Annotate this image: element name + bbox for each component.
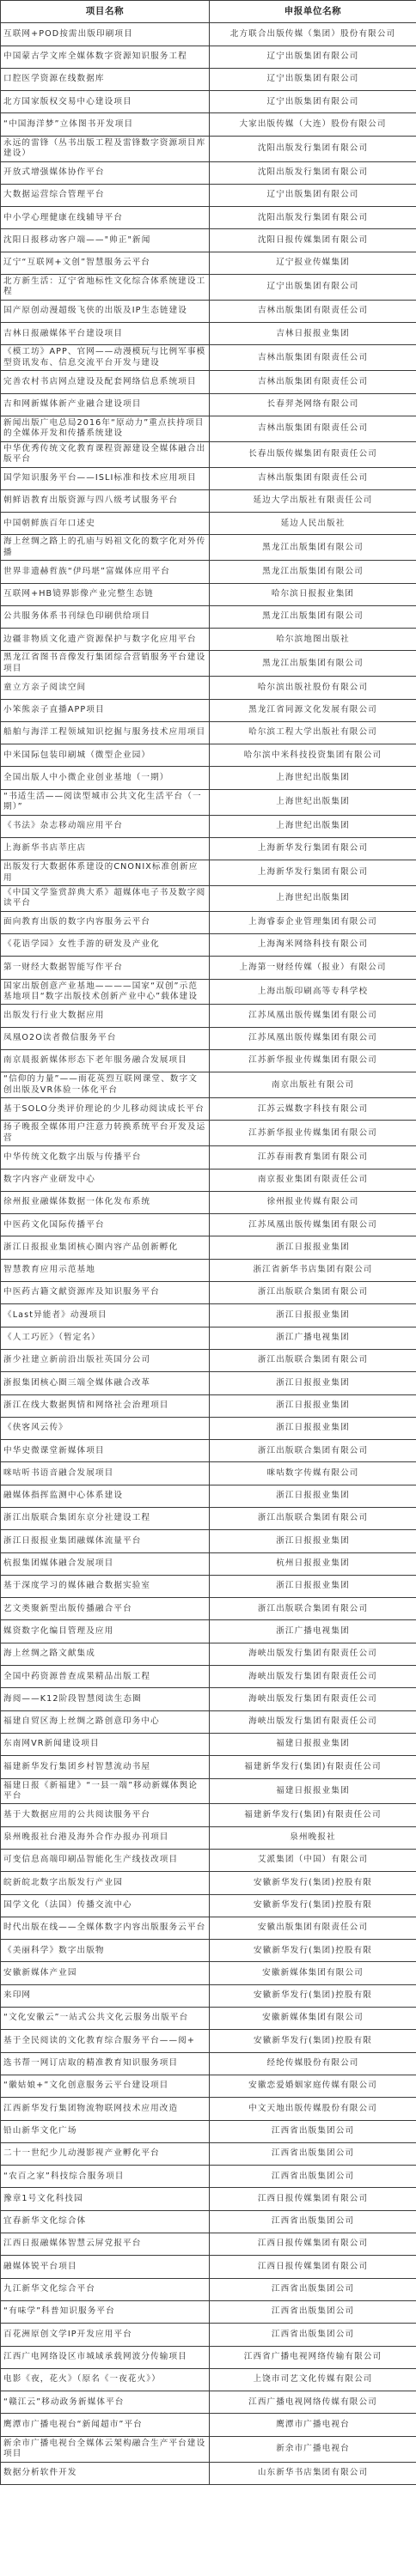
applicant-unit-cell: 江西省出版集团公司	[210, 2210, 416, 2233]
applicant-unit-cell: 辽宁出版集团有限公司	[210, 91, 416, 113]
table-row: 基于深度学习的媒体融合数据实验室 浙江日报报业集团	[1, 1575, 416, 1597]
project-name-cell: “信仰的力量”——雨花英烈互联网课堂、数字文创出版及VR体验一体化平台	[1, 1072, 210, 1098]
table-row: 扬子晚报全媒体用户注意力转换系统平台开发及运营 江苏新华报业传媒集团有限公司	[1, 1121, 416, 1146]
table-row: 海阅——K12阶段智慧阅读生态圈 海峡出版发行集团有限责任公司	[1, 1688, 416, 1710]
table-row: 福建日报《新福建》“一县一端”移动新媒体舆论平台 福建日报报业集团	[1, 1778, 416, 1804]
table-row: 海上丝绸之路上的孔庙与妈祖文化的数字化对外传播 黑龙江出版集团有限公司	[1, 535, 416, 561]
applicant-unit-cell: 浙江出版联合集团有限公司	[210, 1440, 416, 1462]
project-name-cell: 基于大数据应用的公共阅读服务平台	[1, 1804, 210, 1826]
table-row: 中华史微课堂新媒体项目 浙江出版联合集团有限公司	[1, 1440, 416, 1462]
applicant-unit-cell: 上海第一财经传媒（报业）有限公司	[210, 957, 416, 979]
applicant-unit-cell: 吉林日报报业集团	[210, 323, 416, 345]
project-name-cell: 海上丝绸之路文献集成	[1, 1643, 210, 1665]
applicant-unit-cell: 北方联合出版传媒（集团）股份有限公司	[210, 23, 416, 46]
project-name-cell: 电影《夜，花火》（原名《一夜花火》）	[1, 2368, 210, 2391]
project-name-cell: 开放式增强媒体协作平台	[1, 161, 210, 184]
applicant-unit-cell: 杭州日报报业集团	[210, 1552, 416, 1575]
header-applicant-unit: 申报单位名称	[210, 1, 416, 23]
table-row: 公共服务体系书刊绿色印刷供给项目 黑龙江出版集团有限公司	[1, 605, 416, 628]
project-name-cell: 南京晨报新媒体形态下老年服务融合发展项目	[1, 1050, 210, 1072]
table-row: 安徽新媒体产业园 安徽新媒体集团有限公司	[1, 1962, 416, 1984]
table-row: 黑龙江省图书音像发行集团综合营销服务平台建设项目 黑龙江出版集团有限公司	[1, 651, 416, 677]
applicant-unit-cell: 安徽新华发行(集团)控股有限	[210, 1894, 416, 1917]
project-name-cell: 朝鲜语教育出版资源与四八级考试服务平台	[1, 489, 210, 512]
applicant-unit-cell: 浙江省新华书店集团有限公司	[210, 1259, 416, 1281]
applicant-unit-cell: 江西日报传媒集团有限公司	[210, 2256, 416, 2278]
table-row: 中华优秀传统文化教育课程资源建设全媒体融合出版平台 长春出版传媒集团有限责任公司	[1, 441, 416, 467]
project-name-cell: 面向教育出版的数字内容服务云平台	[1, 911, 210, 933]
applicant-unit-cell: 上海淘米网络科技有限公司	[210, 934, 416, 957]
applicant-unit-cell: 长春羿尧网络有限公司	[210, 393, 416, 416]
applicant-unit-cell: 安徽新媒体集团有限公司	[210, 2008, 416, 2030]
table-row: 浙江日报报业集团融媒体流量平台 浙江日报报业集团	[1, 1530, 416, 1552]
project-name-cell: 选书帮一网订店取的精准教育知识服务项目	[1, 2052, 210, 2075]
table-row: 九江新华文化综合平台 江西省出版集团公司	[1, 2278, 416, 2300]
project-name-cell: 完善农村书店网点建设及配套网络信息系统项目	[1, 371, 210, 393]
table-row: 媒资数字化编目管理及应用 浙江广播电视集团	[1, 1620, 416, 1643]
table-row: 互联网+HB镜界影像产业完整生态链 哈尔滨日报报业集团	[1, 583, 416, 605]
project-name-cell: 边疆非物质文化遗产资源保护与数字化应用平台	[1, 629, 210, 651]
project-name-cell: 时代出版在线——全媒体数字内容出版服务云平台	[1, 1917, 210, 1939]
applicant-unit-cell: 江西省出版集团公司	[210, 2120, 416, 2142]
project-name-cell: 中米国际包装印刷城（微型企业园）	[1, 744, 210, 767]
applicant-unit-cell: 浙江日报报业集团	[210, 1304, 416, 1327]
applicant-unit-cell: 黑龙江出版集团有限公司	[210, 605, 416, 628]
project-table: 项目名称 申报单位名称 互联网+POD按需出版印刷项目 北方联合出版传媒（集团）…	[0, 0, 416, 2485]
table-row: 二十一世纪少儿动漫影视产业孵化平台 江西省出版集团公司	[1, 2142, 416, 2165]
applicant-unit-cell: 上海世纪出版集团	[210, 885, 416, 911]
project-name-cell: 新闻出版广电总局2016年“原动力”重点扶持项目的全媒体开发和传播系统建设	[1, 416, 210, 441]
project-name-cell: 鹰潭市广播电视台“新闻超市”平台	[1, 2414, 210, 2436]
project-name-cell: 铅山新华文化广场	[1, 2120, 210, 2142]
applicant-unit-cell: 浙江日报报业集团	[210, 1575, 416, 1597]
applicant-unit-cell: 浙江出版联合集团有限公司	[210, 1282, 416, 1304]
applicant-unit-cell: 江苏春雨教育集团有限公司	[210, 1146, 416, 1169]
project-name-cell: “文化安徽云”一站式公共文化云服务出版平台	[1, 2008, 210, 2030]
table-row: 《中国文学鉴赏辞典大系》超媒体电子书及数字阅读平台 上海世纪出版集团	[1, 885, 416, 911]
applicant-unit-cell: 上海世纪出版集团	[210, 767, 416, 789]
applicant-unit-cell: 江苏凤凰出版传媒集团有限公司	[210, 1027, 416, 1049]
applicant-unit-cell: 浙江广播电视集团	[210, 1620, 416, 1643]
applicant-unit-cell: 经纶传媒股份有限公司	[210, 2052, 416, 2075]
project-name-cell: 口腔医学资源在线数据库	[1, 68, 210, 90]
table-row: 智慧教育应用示范基地 浙江省新华书店集团有限公司	[1, 1259, 416, 1281]
applicant-unit-cell: 江西日报传媒集团有限公司	[210, 2233, 416, 2256]
applicant-unit-cell: 辽宁出版集团有限公司	[210, 275, 416, 301]
project-name-cell: “农百之家”科技综合服务项目	[1, 2166, 210, 2188]
applicant-unit-cell: 吉林出版集团有限责任公司	[210, 416, 416, 441]
table-row: 融媒体锐平台项目 江西日报传媒集团有限公司	[1, 2256, 416, 2278]
table-row: 浙江出版联合集团东京分社建设工程 浙江出版联合集团有限公司	[1, 1508, 416, 1530]
table-row: 中医药文化国际传播平台 江苏凤凰出版传媒集团有限公司	[1, 1214, 416, 1236]
project-name-cell: 中小学心理健康在线辅导平台	[1, 207, 210, 229]
project-name-cell: 互联网+HB镜界影像产业完整生态链	[1, 583, 210, 605]
table-row: 世界非遗赫哲族“伊玛堪”富媒体应用平台 黑龙江出版集团有限公司	[1, 561, 416, 583]
project-name-cell: 第一财经大数据智能写作平台	[1, 957, 210, 979]
table-row: 选书帮一网订店取的精准教育知识服务项目 经纶传媒股份有限公司	[1, 2052, 416, 2075]
applicant-unit-cell: 泉州晚报社	[210, 1826, 416, 1849]
project-name-cell: 浙江在线大数据舆情和网络社会治理项目	[1, 1394, 210, 1417]
project-name-cell: 宜春新华文化综合体	[1, 2210, 210, 2233]
project-name-cell: 中国蒙古学文库全媒体数字资源知识服务工程	[1, 46, 210, 68]
project-name-cell: 浙江出版联合集团东京分社建设工程	[1, 1508, 210, 1530]
table-row: 江西广电网络设区市城域承载网波分传输项目 江西省广播电视网络传输有限公司	[1, 2346, 416, 2368]
applicant-unit-cell: 安徽新华发行(集团)控股有限	[210, 1872, 416, 1894]
applicant-unit-cell: 吉林出版集团有限责任公司	[210, 467, 416, 489]
table-row: 童立方亲子阅读空间 哈尔滨出版社股份有限公司	[1, 677, 416, 699]
project-name-cell: 基于全民阅读的文化教育综合服务平台——阅+	[1, 2030, 210, 2052]
table-row: 东南网VR新闻建设项目 福建日报报业集团	[1, 1733, 416, 1755]
applicant-unit-cell: 江苏凤凰出版传媒集团有限公司	[210, 1005, 416, 1027]
header-row: 项目名称 申报单位名称	[1, 1, 416, 23]
applicant-unit-cell: 延边大学出版社有限责任公司	[210, 489, 416, 512]
table-row: 《美丽科学》数字出版物 安徽新华发行(集团)控股有限	[1, 1940, 416, 1962]
project-name-cell: 《美丽科学》数字出版物	[1, 1940, 210, 1962]
table-row: 永远的雷锋（丛书出版工程及雷锋数字资源项目库建设） 沈阳出版发行集团有限公司	[1, 136, 416, 161]
table-row: 《模工坊》APP、官网——动漫模玩与比例军事模型资讯发布、信息交流平台开发与建设…	[1, 345, 416, 371]
project-name-cell: 东南网VR新闻建设项目	[1, 1733, 210, 1755]
table-row: “徽姑娘+”文化创意服务云平台建设项目 安徽恋爱婚姻家庭传媒有限公司	[1, 2075, 416, 2097]
project-name-cell: 《Last异能者》动漫项目	[1, 1304, 210, 1327]
applicant-unit-cell: 哈尔滨工程大学出版社有限公司	[210, 721, 416, 744]
table-row: 浙江在线大数据舆情和网络社会治理项目 浙江日报报业集团	[1, 1394, 416, 1417]
table-row: 沈阳日报移动客户端——"帅正"新闻 沈阳日报传媒集团有限公司	[1, 229, 416, 252]
table-row: 小笨熊亲子直播APP项目 黑龙江省同源文化发展有限公司	[1, 699, 416, 721]
applicant-unit-cell: 上海出版印刷高等专科学校	[210, 979, 416, 1005]
project-name-cell: 北方国家版权交易中心建设项目	[1, 91, 210, 113]
table-row: 铅山新华文化广场 江西省出版集团公司	[1, 2120, 416, 2142]
project-name-cell: 出版发行大数据体系建设的CNONIX标准创新应用	[1, 860, 210, 886]
project-name-cell: 百花洲原创文学IP开发应用平台	[1, 2324, 210, 2346]
project-name-cell: 《中国文学鉴赏辞典大系》超媒体电子书及数字阅读平台	[1, 885, 210, 911]
applicant-unit-cell: 上饶市司艺文化传媒有限公司	[210, 2368, 416, 2391]
table-row: 互联网+POD按需出版印刷项目 北方联合出版传媒（集团）股份有限公司	[1, 23, 416, 46]
applicant-unit-cell: 海峡出版发行集团有限责任公司	[210, 1643, 416, 1665]
table-row: 北方新生活：辽宁省地标性文化综合体系统建设工程 辽宁出版集团有限公司	[1, 275, 416, 301]
project-name-cell: 江西日报融媒体智慧云屏党报平台	[1, 2233, 210, 2256]
document-page: 项目名称 申报单位名称 互联网+POD按需出版印刷项目 北方联合出版传媒（集团）…	[0, 0, 416, 2485]
table-row: 福建新华发行集团乡村智慧流动书屋 福建新华发行(集团)有限责任公司	[1, 1756, 416, 1778]
table-row: “书适生活——阅读型城市公共文化生活平台（一期）” 上海世纪出版集团	[1, 789, 416, 815]
applicant-unit-cell: 江苏新华报业传媒集团有限公司	[210, 1121, 416, 1146]
applicant-unit-cell: 江苏凤凰出版传媒集团有限公司	[210, 1214, 416, 1236]
table-row: 吉和网新媒体新产业融合建设项目 长春羿尧网络有限公司	[1, 393, 416, 416]
table-row: 《Last异能者》动漫项目 浙江日报报业集团	[1, 1304, 416, 1327]
table-row: 百花洲原创文学IP开发应用平台 江西省出版集团公司	[1, 2324, 416, 2346]
applicant-unit-cell: 福建日报报业集团	[210, 1733, 416, 1755]
project-name-cell: 浙少社建立新前沿出版社英国分公司	[1, 1349, 210, 1371]
table-row: 边疆非物质文化遗产资源保护与数字化应用平台 哈尔滨地图出版社	[1, 629, 416, 651]
table-row: 咪咕听书语音融合发展项目 咪咕数字传媒有限公司	[1, 1462, 416, 1485]
table-row: 皖新皖北数字出版发行产业园 安徽新华发行(集团)控股有限	[1, 1872, 416, 1894]
project-name-cell: 中华优秀传统文化教育课程资源建设全媒体融合出版平台	[1, 441, 210, 467]
applicant-unit-cell: 吉林出版集团有限责任公司	[210, 345, 416, 371]
project-name-cell: 黑龙江省图书音像发行集团综合营销服务平台建设项目	[1, 651, 210, 677]
project-name-cell: 中国朝鲜族百年口述史	[1, 513, 210, 535]
applicant-unit-cell: 上海世纪出版集团	[210, 815, 416, 837]
table-row: 南京晨报新媒体形态下老年服务融合发展项目 江苏新华报业传媒集团有限公司	[1, 1050, 416, 1072]
applicant-unit-cell: 黑龙江出版集团有限公司	[210, 651, 416, 677]
project-name-cell: 《花语学园》女性手游的研发及产业化	[1, 934, 210, 957]
project-name-cell: 福建日报《新福建》“一县一端”移动新媒体舆论平台	[1, 1778, 210, 1804]
table-row: 福建自贸区海上丝绸之路创意印务中心 海峡出版发行集团有限责任公司	[1, 1710, 416, 1733]
project-name-cell: 互联网+POD按需出版印刷项目	[1, 23, 210, 46]
table-row: 泉州晚报社台港及海外合作办报办刊项目 泉州晚报社	[1, 1826, 416, 1849]
applicant-unit-cell: 海峡出版发行集团有限责任公司	[210, 1688, 416, 1710]
applicant-unit-cell: 浙江日报报业集团	[210, 1236, 416, 1259]
table-row: 中国蒙古学文库全媒体数字资源知识服务工程 辽宁出版集团有限公司	[1, 46, 416, 68]
applicant-unit-cell: 黑龙江出版集团有限公司	[210, 535, 416, 561]
applicant-unit-cell: 江西省出版集团公司	[210, 2300, 416, 2323]
applicant-unit-cell: 辽宁报业传媒集团	[210, 252, 416, 274]
project-name-cell: 基于深度学习的媒体融合数据实验室	[1, 1575, 210, 1597]
applicant-unit-cell: 江西省出版集团公司	[210, 2324, 416, 2346]
table-row: “赣江云”移动政务新媒体平台 江西广播电视网络传媒有限公司	[1, 2391, 416, 2414]
applicant-unit-cell: 江西广播电视网络传媒有限公司	[210, 2391, 416, 2414]
project-name-cell: 福建新华发行集团乡村智慧流动书屋	[1, 1756, 210, 1778]
project-name-cell: 泉州晚报社台港及海外合作办报办刊项目	[1, 1826, 210, 1849]
applicant-unit-cell: 浙江日报报业集团	[210, 1394, 416, 1417]
project-name-cell: 融媒体指挥监测中心体系建设	[1, 1485, 210, 1507]
project-name-cell: 全国中药资源普查成果精品出版工程	[1, 1666, 210, 1688]
project-name-cell: 国学文化（法国）传播交流中心	[1, 1894, 210, 1917]
table-row: “中国海洋梦”立体图书开发项目 大家出版传媒（大连）股份有限公司	[1, 113, 416, 136]
project-name-cell: 永远的雷锋（丛书出版工程及雷锋数字资源项目库建设）	[1, 136, 210, 161]
table-row: 鹰潭市广播电视台“新闻超市”平台 鹰潭市广播电视台	[1, 2414, 416, 2436]
applicant-unit-cell: 江苏新华报业传媒集团有限公司	[210, 1050, 416, 1072]
applicant-unit-cell: 浙江日报报业集团	[210, 1485, 416, 1507]
applicant-unit-cell: 哈尔滨中米科技投资集团有限公司	[210, 744, 416, 767]
project-name-cell: 中华史微课堂新媒体项目	[1, 1440, 210, 1462]
table-row: 面向教育出版的数字内容服务云平台 上海睿泰企业管理集团有限公司	[1, 911, 416, 933]
project-name-cell: 《书法》杂志移动端应用平台	[1, 815, 210, 837]
table-row: 基于全民阅读的文化教育综合服务平台——阅+ 安徽新华发行(集团)控股有限	[1, 2030, 416, 2052]
table-row: 第一财经大数据智能写作平台 上海第一财经传媒（报业）有限公司	[1, 957, 416, 979]
table-row: 来印网 安徽新华发行(集团)控股有限	[1, 1984, 416, 2007]
table-row: 吉林日报融媒体平台建设项目 吉林日报报业集团	[1, 323, 416, 345]
project-name-cell: 出版发行行业大数据应用	[1, 1005, 210, 1027]
applicant-unit-cell: 南京报业集团有限责任公司	[210, 1169, 416, 1191]
project-name-cell: 豫章1号文化科技园	[1, 2188, 210, 2210]
table-row: 全国出版人中小微企业创业基地（一期） 上海世纪出版集团	[1, 767, 416, 789]
table-row: 艺文类聚新型出版传播融合平台 浙江出版联合集团有限公司	[1, 1598, 416, 1620]
project-name-cell: 数字内容产业研发中心	[1, 1169, 210, 1191]
project-name-cell: 《人工巧匠》（暂定名）	[1, 1327, 210, 1349]
project-name-cell: 上海新华书店莘庄店	[1, 837, 210, 860]
project-name-cell: 凤凰O2O读者微信服务平台	[1, 1027, 210, 1049]
table-row: 电影《夜，花火》（原名《一夜花火》） 上饶市司艺文化传媒有限公司	[1, 2368, 416, 2391]
table-row: 出版发行行业大数据应用 江苏凤凰出版传媒集团有限公司	[1, 1005, 416, 1027]
table-row: 中华传统文化数字出版与传播平台 江苏春雨教育集团有限公司	[1, 1146, 416, 1169]
project-name-cell: 艺文类聚新型出版传播融合平台	[1, 1598, 210, 1620]
applicant-unit-cell: 沈阳出版发行集团有限公司	[210, 136, 416, 161]
table-row: 豫章1号文化科技园 江西日报传媒集团有限公司	[1, 2188, 416, 2210]
applicant-unit-cell: 哈尔滨日报报业集团	[210, 583, 416, 605]
table-row: 出版发行大数据体系建设的CNONIX标准创新应用 上海新华发行集团有限公司	[1, 860, 416, 886]
table-row: 北方国家版权交易中心建设项目 辽宁出版集团有限公司	[1, 91, 416, 113]
project-name-cell: 国学知识服务平台——ISLI标准和技术应用项目	[1, 467, 210, 489]
project-name-cell: 媒资数字化编目管理及应用	[1, 1620, 210, 1643]
applicant-unit-cell: 鹰潭市广播电视台	[210, 2414, 416, 2436]
table-row: 《人工巧匠》（暂定名） 浙江广播电视集团	[1, 1327, 416, 1349]
table-body: 互联网+POD按需出版印刷项目 北方联合出版传媒（集团）股份有限公司 中国蒙古学…	[1, 23, 416, 2485]
project-name-cell: 智慧教育应用示范基地	[1, 1259, 210, 1281]
table-row: 基于大数据应用的公共阅读服务平台 福建新华发行(集团)有限责任公司	[1, 1804, 416, 1826]
applicant-unit-cell: 吉林出版集团有限责任公司	[210, 371, 416, 393]
table-row: 浙报集团核心圈三端全媒体融合改革 浙江日报报业集团	[1, 1372, 416, 1394]
applicant-unit-cell: 上海新华发行集团有限公司	[210, 860, 416, 886]
applicant-unit-cell: 延边人民出版社	[210, 513, 416, 535]
project-name-cell: “徽姑娘+”文化创意服务云平台建设项目	[1, 2075, 210, 2097]
project-name-cell: “有味学”科普知识服务平台	[1, 2300, 210, 2323]
applicant-unit-cell: 上海世纪出版集团	[210, 789, 416, 815]
project-name-cell: 《侠客风云传》	[1, 1417, 210, 1439]
project-name-cell: 九江新华文化综合平台	[1, 2278, 210, 2300]
table-row: 杭报集团媒体融合发展项目 杭州日报报业集团	[1, 1552, 416, 1575]
applicant-unit-cell: 福建日报报业集团	[210, 1778, 416, 1804]
project-name-cell: 公共服务体系书刊绿色印刷供给项目	[1, 605, 210, 628]
applicant-unit-cell: 浙江广播电视集团	[210, 1327, 416, 1349]
applicant-unit-cell: 安徽新华发行(集团)控股有限	[210, 2030, 416, 2052]
table-row: 凤凰O2O读者微信服务平台 江苏凤凰出版传媒集团有限公司	[1, 1027, 416, 1049]
table-row: 上海新华书店莘庄店 上海新华发行集团有限公司	[1, 837, 416, 860]
applicant-unit-cell: 沈阳日报传媒集团有限公司	[210, 229, 416, 252]
applicant-unit-cell: 江西省出版集团公司	[210, 2142, 416, 2165]
applicant-unit-cell: 浙江日报报业集团	[210, 1372, 416, 1394]
applicant-unit-cell: 辽宁出版集团有限公司	[210, 46, 416, 68]
applicant-unit-cell: 浙江出版联合集团有限公司	[210, 1508, 416, 1530]
table-row: “信仰的力量”——雨花英烈互联网课堂、数字文创出版及VR体验一体化平台 南京出版…	[1, 1072, 416, 1098]
table-header: 项目名称 申报单位名称	[1, 1, 416, 23]
table-row: 船舶与海洋工程领域知识挖掘与服务技术应用项目 哈尔滨工程大学出版社有限公司	[1, 721, 416, 744]
project-name-cell: 可变信息高端印刷品智能化生产线技改项目	[1, 1849, 210, 1871]
table-row: 辽宁“互联网+文创”智慧服务云平台 辽宁报业传媒集团	[1, 252, 416, 274]
applicant-unit-cell: 黑龙江省同源文化发展有限公司	[210, 699, 416, 721]
table-row: 国家出版创意产业基地————国家“双创”示范基地项目“数字出版技术创新产业中心”…	[1, 979, 416, 1005]
project-name-cell: 杭报集团媒体融合发展项目	[1, 1552, 210, 1575]
applicant-unit-cell: 黑龙江出版集团有限公司	[210, 561, 416, 583]
table-row: 数字内容产业研发中心 南京报业集团有限责任公司	[1, 1169, 416, 1191]
table-row: 融媒体指挥监测中心体系建设 浙江日报报业集团	[1, 1485, 416, 1507]
project-name-cell: 辽宁“互联网+文创”智慧服务云平台	[1, 252, 210, 274]
project-name-cell: 沈阳日报移动客户端——"帅正"新闻	[1, 229, 210, 252]
applicant-unit-cell: 江西省出版集团公司	[210, 2278, 416, 2300]
applicant-unit-cell: 安徽新华发行(集团)控股有限	[210, 1984, 416, 2007]
applicant-unit-cell: 沈阳出版发行集团有限公司	[210, 161, 416, 184]
project-name-cell: 浙江日报报业集团融媒体流量平台	[1, 1530, 210, 1552]
project-name-cell: “中国海洋梦”立体图书开发项目	[1, 113, 210, 136]
table-row: 新闻出版广电总局2016年“原动力”重点扶持项目的全媒体开发和传播系统建设 吉林…	[1, 416, 416, 441]
project-name-cell: 童立方亲子阅读空间	[1, 677, 210, 699]
header-project-name: 项目名称	[1, 1, 210, 23]
applicant-unit-cell: 江苏云媒数字科技有限公司	[210, 1098, 416, 1121]
applicant-unit-cell: 江西日报传媒集团有限公司	[210, 2188, 416, 2210]
applicant-unit-cell: 咪咕数字传媒有限公司	[210, 1462, 416, 1485]
applicant-unit-cell: 海峡出版发行集团有限责任公司	[210, 1666, 416, 1688]
applicant-unit-cell: 浙江出版联合集团有限公司	[210, 1349, 416, 1371]
applicant-unit-cell: 沈阳出版发行集团有限公司	[210, 207, 416, 229]
table-row: 浙江日报报业集团核心圈内容产品创新孵化 浙江日报报业集团	[1, 1236, 416, 1259]
table-row: 《花语学园》女性手游的研发及产业化 上海淘米网络科技有限公司	[1, 934, 416, 957]
table-row: 中米国际包装印刷城（微型企业园） 哈尔滨中米科技投资集团有限公司	[1, 744, 416, 767]
applicant-unit-cell: 艾派集团（中国）有限公司	[210, 1849, 416, 1871]
applicant-unit-cell: 山东新华书店集团有限公司	[210, 2462, 416, 2484]
project-name-cell: 北方新生活：辽宁省地标性文化综合体系统建设工程	[1, 275, 210, 301]
table-row: “有味学”科普知识服务平台 江西省出版集团公司	[1, 2300, 416, 2323]
project-name-cell: 《模工坊》APP、官网——动漫模玩与比例军事模型资讯发布、信息交流平台开发与建设	[1, 345, 210, 371]
applicant-unit-cell: 福建新华发行(集团)有限责任公司	[210, 1756, 416, 1778]
project-name-cell: 来印网	[1, 1984, 210, 2007]
table-row: “农百之家”科技综合服务项目 江西省出版集团公司	[1, 2166, 416, 2188]
table-row: “文化安徽云”一站式公共文化云服务出版平台 安徽新媒体集团有限公司	[1, 2008, 416, 2030]
table-row: 浙少社建立新前沿出版社英国分公司 浙江出版联合集团有限公司	[1, 1349, 416, 1371]
applicant-unit-cell: 上海睿泰企业管理集团有限公司	[210, 911, 416, 933]
applicant-unit-cell: 浙江日报报业集团	[210, 1530, 416, 1552]
project-name-cell: 吉林日报融媒体平台建设项目	[1, 323, 210, 345]
applicant-unit-cell: 新余市广播电视台	[210, 2436, 416, 2462]
project-name-cell: “书适生活——阅读型城市公共文化生活平台（一期）”	[1, 789, 210, 815]
project-name-cell: 新余市广播电视台全媒体云架构融合生产平台建设项目	[1, 2436, 210, 2462]
table-row: 新余市广播电视台全媒体云架构融合生产平台建设项目 新余市广播电视台	[1, 2436, 416, 2462]
project-name-cell: 国家出版创意产业基地————国家“双创”示范基地项目“数字出版技术创新产业中心”…	[1, 979, 210, 1005]
project-name-cell: 小笨熊亲子直播APP项目	[1, 699, 210, 721]
applicant-unit-cell: 安徽出版集团有限责任公司	[210, 1917, 416, 1939]
table-row: 全国中药资源普查成果精品出版工程 海峡出版发行集团有限责任公司	[1, 1666, 416, 1688]
applicant-unit-cell: 江西省广播电视网络传输有限公司	[210, 2346, 416, 2368]
applicant-unit-cell: 长春出版传媒集团有限责任公司	[210, 441, 416, 467]
table-row: 时代出版在线——全媒体数字内容出版服务云平台 安徽出版集团有限责任公司	[1, 1917, 416, 1939]
table-row: 开放式增强媒体协作平台 沈阳出版发行集团有限公司	[1, 161, 416, 184]
table-row: 可变信息高端印刷品智能化生产线技改项目 艾派集团（中国）有限公司	[1, 1849, 416, 1871]
applicant-unit-cell: 上海新华发行集团有限公司	[210, 837, 416, 860]
table-row: 大数据运营综合管理平台 辽宁出版集团有限公司	[1, 184, 416, 206]
applicant-unit-cell: 哈尔滨地图出版社	[210, 629, 416, 651]
applicant-unit-cell: 江西省出版集团公司	[210, 2166, 416, 2188]
applicant-unit-cell: 福建新华发行(集团)有限责任公司	[210, 1804, 416, 1826]
applicant-unit-cell: 徐州报业传媒有限公司	[210, 1191, 416, 1213]
project-name-cell: 吉和网新媒体新产业融合建设项目	[1, 393, 210, 416]
project-name-cell: 基于SOLO分类评价理论的少儿移动阅读成长平台	[1, 1098, 210, 1121]
applicant-unit-cell: 大家出版传媒（大连）股份有限公司	[210, 113, 416, 136]
table-row: 完善农村书店网点建设及配套网络信息系统项目 吉林出版集团有限责任公司	[1, 371, 416, 393]
applicant-unit-cell: 海峡出版发行集团有限责任公司	[210, 1710, 416, 1733]
table-row: 海上丝绸之路文献集成 海峡出版发行集团有限责任公司	[1, 1643, 416, 1665]
project-name-cell: 福建自贸区海上丝绸之路创意印务中心	[1, 1710, 210, 1733]
project-name-cell: “赣江云”移动政务新媒体平台	[1, 2391, 210, 2414]
project-name-cell: 数据分析软件开发	[1, 2462, 210, 2484]
project-name-cell: 海上丝绸之路上的孔庙与妈祖文化的数字化对外传播	[1, 535, 210, 561]
applicant-unit-cell: 浙江日报报业集团	[210, 1417, 416, 1439]
table-row: 朝鲜语教育出版资源与四八级考试服务平台 延边大学出版社有限责任公司	[1, 489, 416, 512]
applicant-unit-cell: 哈尔滨出版社股份有限公司	[210, 677, 416, 699]
table-row: 中医药古籍文献资源库及知识服务平台 浙江出版联合集团有限公司	[1, 1282, 416, 1304]
table-row: 徐州报业融媒体数据一体化发布系统 徐州报业传媒有限公司	[1, 1191, 416, 1213]
applicant-unit-cell: 中文天地出版传媒股份有限公司	[210, 2098, 416, 2120]
applicant-unit-cell: 安徽新华发行(集团)控股有限	[210, 1940, 416, 1962]
project-name-cell: 融媒体锐平台项目	[1, 2256, 210, 2278]
table-row: 宜春新华文化综合体 江西省出版集团公司	[1, 2210, 416, 2233]
table-row: 《书法》杂志移动端应用平台 上海世纪出版集团	[1, 815, 416, 837]
table-row: 《侠客风云传》 浙江日报报业集团	[1, 1417, 416, 1439]
table-row: 国学知识服务平台——ISLI标准和技术应用项目 吉林出版集团有限责任公司	[1, 467, 416, 489]
applicant-unit-cell: 辽宁出版集团有限公司	[210, 184, 416, 206]
applicant-unit-cell: 吉林出版集团有限责任公司	[210, 300, 416, 322]
project-name-cell: 二十一世纪少儿动漫影视产业孵化平台	[1, 2142, 210, 2165]
table-row: 中小学心理健康在线辅导平台 沈阳出版发行集团有限公司	[1, 207, 416, 229]
project-name-cell: 世界非遗赫哲族“伊玛堪”富媒体应用平台	[1, 561, 210, 583]
project-name-cell: 咪咕听书语音融合发展项目	[1, 1462, 210, 1485]
project-name-cell: 浙报集团核心圈三端全媒体融合改革	[1, 1372, 210, 1394]
